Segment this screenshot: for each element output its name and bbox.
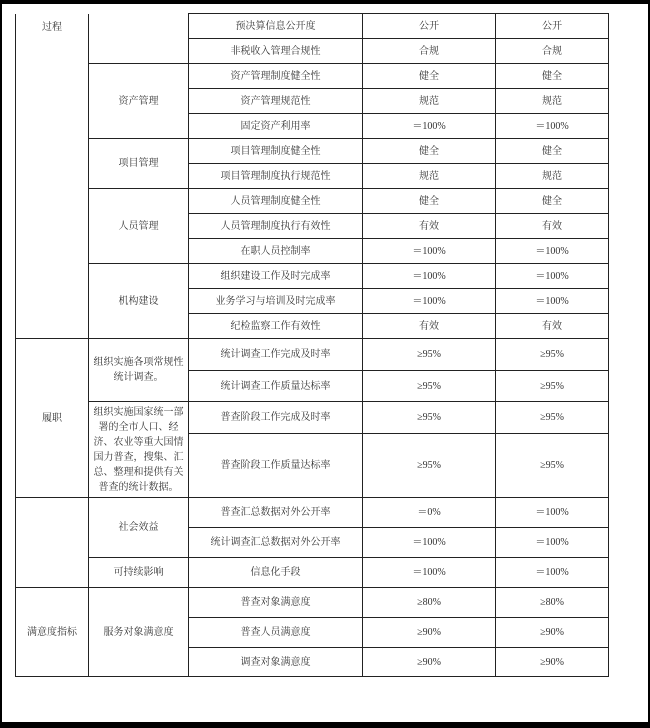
target-value: 规范	[363, 89, 496, 114]
indicator-name: 非税收入管理合规性	[189, 39, 363, 64]
target-value: 有效	[363, 214, 496, 239]
table-row: 过程 预决算信息公开度 公开 公开	[16, 14, 609, 39]
category-level2: 社会效益	[89, 498, 189, 558]
category-level2	[89, 14, 189, 64]
indicator-name: 统计调查工作完成及时率	[189, 339, 363, 371]
indicator-name: 项目管理制度执行规范性	[189, 164, 363, 189]
table-row: 机构建设 组织建设工作及时完成率 ＝100% ＝100%	[16, 264, 609, 289]
target-value: ＝0%	[363, 498, 496, 528]
target-value: ≥90%	[363, 648, 496, 677]
actual-value: ＝100%	[496, 264, 609, 289]
category-level2: 机构建设	[89, 264, 189, 339]
indicator-name: 统计调查汇总数据对外公开率	[189, 528, 363, 558]
target-value: 健全	[363, 64, 496, 89]
actual-value: ≥90%	[496, 648, 609, 677]
actual-value: ≥95%	[496, 402, 609, 434]
target-value: ≥95%	[363, 371, 496, 402]
target-value: 合规	[363, 39, 496, 64]
category-level2: 人员管理	[89, 189, 189, 264]
actual-value: ＝100%	[496, 558, 609, 588]
category-level1: 过程	[16, 14, 89, 339]
target-value: ＝100%	[363, 289, 496, 314]
table-row: 项目管理 项目管理制度健全性 健全 健全	[16, 139, 609, 164]
table-row: 履职 组织实施各项常规性统计调查。 统计调查工作完成及时率 ≥95% ≥95%	[16, 339, 609, 371]
actual-value: ＝100%	[496, 528, 609, 558]
target-value: ＝100%	[363, 528, 496, 558]
category-level1: 满意度指标	[16, 588, 89, 677]
actual-value: 健全	[496, 64, 609, 89]
target-value: 健全	[363, 189, 496, 214]
table-row: 人员管理 人员管理制度健全性 健全 健全	[16, 189, 609, 214]
table-row: 资产管理 资产管理制度健全性 健全 健全	[16, 64, 609, 89]
category-level2: 可持续影响	[89, 558, 189, 588]
document-page: 过程 预决算信息公开度 公开 公开 非税收入管理合规性 合规 合规 资产管理 资…	[2, 4, 648, 722]
indicator-name: 预决算信息公开度	[189, 14, 363, 39]
table-row: 社会效益 普查汇总数据对外公开率 ＝0% ＝100%	[16, 498, 609, 528]
category-level2: 组织实施各项常规性统计调查。	[89, 339, 189, 402]
indicator-name: 信息化手段	[189, 558, 363, 588]
indicator-name: 资产管理规范性	[189, 89, 363, 114]
actual-value: ≥80%	[496, 588, 609, 618]
actual-value: ≥95%	[496, 371, 609, 402]
actual-value: 健全	[496, 139, 609, 164]
actual-value: 合规	[496, 39, 609, 64]
target-value: ≥95%	[363, 402, 496, 434]
actual-value: ≥95%	[496, 339, 609, 371]
actual-value: ＝100%	[496, 239, 609, 264]
actual-value: ≥90%	[496, 618, 609, 648]
target-value: 公开	[363, 14, 496, 39]
indicator-name: 普查阶段工作质量达标率	[189, 434, 363, 498]
indicator-name: 普查对象满意度	[189, 588, 363, 618]
actual-value: ＝100%	[496, 114, 609, 139]
indicator-name: 资产管理制度健全性	[189, 64, 363, 89]
actual-value: ＝100%	[496, 498, 609, 528]
category-level2: 组织实施国家统一部署的全市人口、经济、农业等重大国情国力普查，搜集、汇总、整理和…	[89, 402, 189, 498]
table-row: 可持续影响 信息化手段 ＝100% ＝100%	[16, 558, 609, 588]
indicator-name: 项目管理制度健全性	[189, 139, 363, 164]
target-value: ≥80%	[363, 588, 496, 618]
actual-value: 公开	[496, 14, 609, 39]
target-value: ＝100%	[363, 239, 496, 264]
target-value: 健全	[363, 139, 496, 164]
actual-value: 健全	[496, 189, 609, 214]
indicator-name: 在职人员控制率	[189, 239, 363, 264]
indicator-name: 人员管理制度执行有效性	[189, 214, 363, 239]
indicator-name: 调查对象满意度	[189, 648, 363, 677]
actual-value: 规范	[496, 89, 609, 114]
category-level2: 资产管理	[89, 64, 189, 139]
actual-value: 有效	[496, 214, 609, 239]
actual-value: ≥95%	[496, 434, 609, 498]
indicator-name: 普查汇总数据对外公开率	[189, 498, 363, 528]
indicator-name: 统计调查工作质量达标率	[189, 371, 363, 402]
target-value: ＝100%	[363, 264, 496, 289]
target-value: ≥95%	[363, 339, 496, 371]
target-value: 规范	[363, 164, 496, 189]
indicator-name: 人员管理制度健全性	[189, 189, 363, 214]
target-value: ≥90%	[363, 618, 496, 648]
indicator-name: 组织建设工作及时完成率	[189, 264, 363, 289]
indicator-name: 普查人员满意度	[189, 618, 363, 648]
category-level1: 履职	[16, 339, 89, 498]
table-row: 满意度指标 服务对象满意度 普查对象满意度 ≥80% ≥80%	[16, 588, 609, 618]
actual-value: 有效	[496, 314, 609, 339]
actual-value: ＝100%	[496, 289, 609, 314]
indicator-name: 普查阶段工作完成及时率	[189, 402, 363, 434]
actual-value: 规范	[496, 164, 609, 189]
target-value: ＝100%	[363, 114, 496, 139]
target-value: ＝100%	[363, 558, 496, 588]
category-level2: 项目管理	[89, 139, 189, 189]
table-row: 组织实施国家统一部署的全市人口、经济、农业等重大国情国力普查，搜集、汇总、整理和…	[16, 402, 609, 434]
indicator-name: 纪检监察工作有效性	[189, 314, 363, 339]
target-value: ≥95%	[363, 434, 496, 498]
performance-indicator-table: 过程 预决算信息公开度 公开 公开 非税收入管理合规性 合规 合规 资产管理 资…	[15, 13, 609, 677]
indicator-name: 业务学习与培训及时完成率	[189, 289, 363, 314]
target-value: 有效	[363, 314, 496, 339]
category-level2: 服务对象满意度	[89, 588, 189, 677]
indicator-name: 固定资产利用率	[189, 114, 363, 139]
category-level1	[16, 498, 89, 588]
